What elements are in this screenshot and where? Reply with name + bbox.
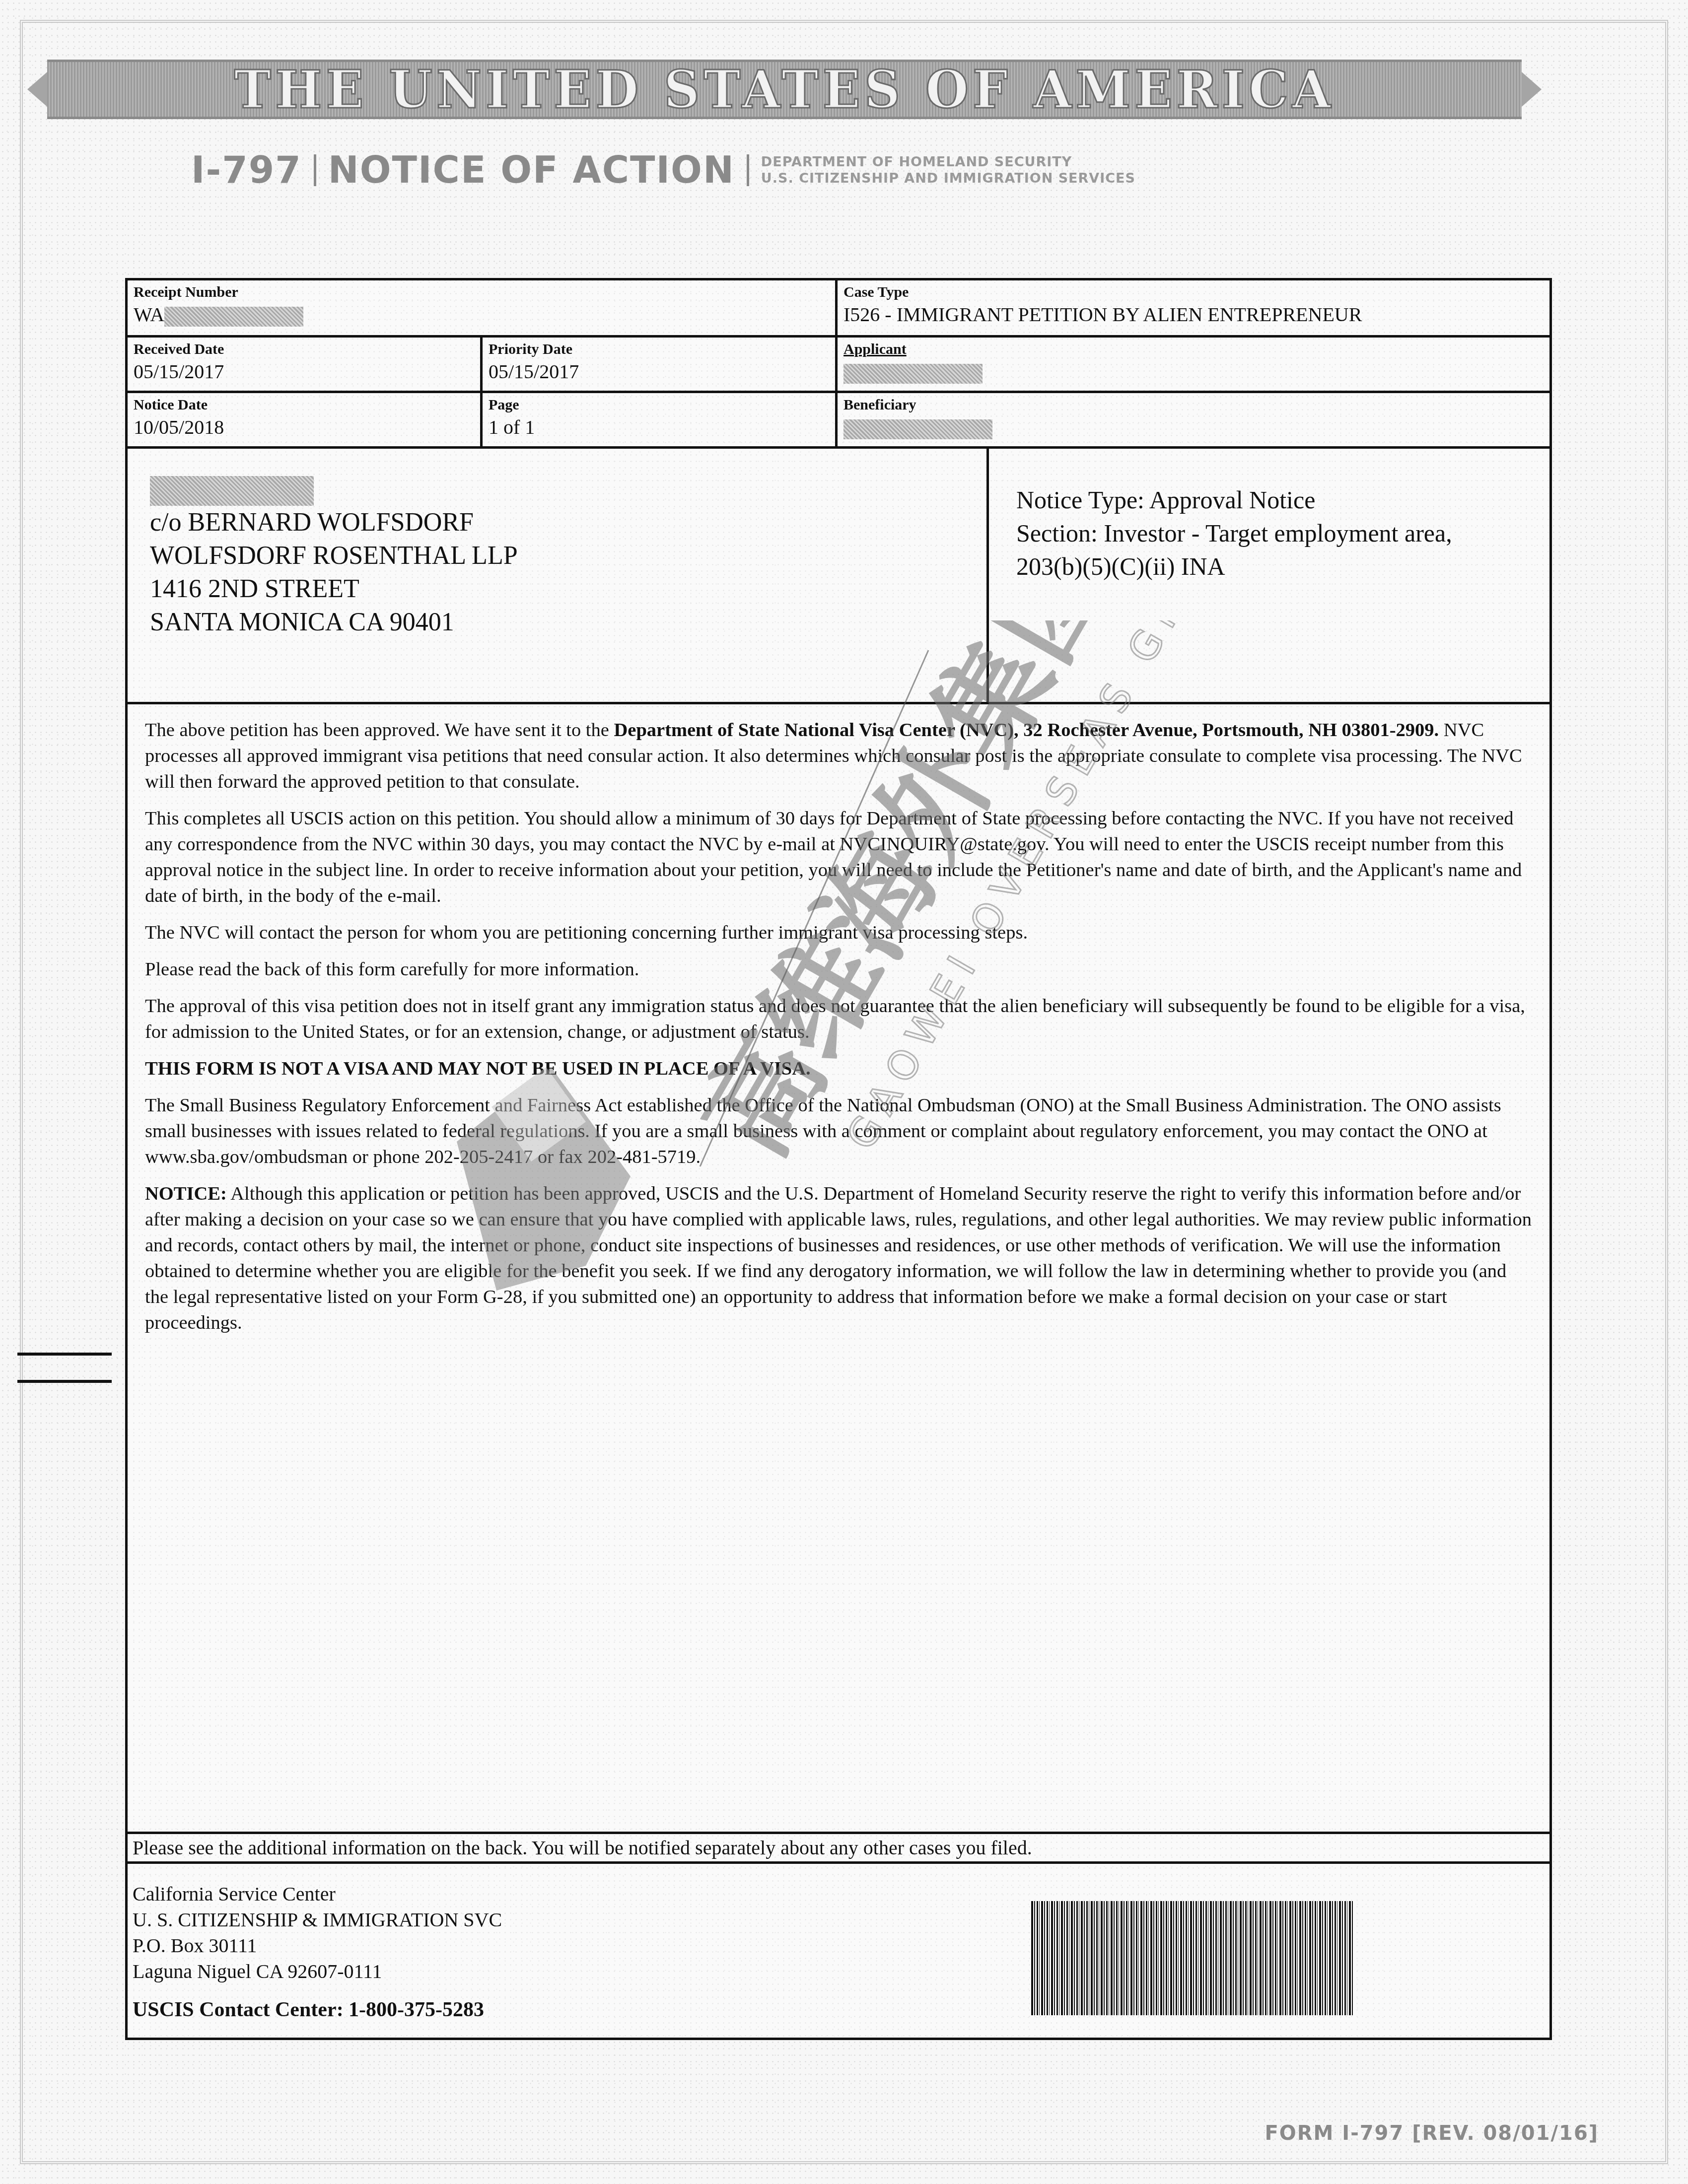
service-center-line: U. S. CITIZENSHIP & IMMIGRATION SVC (133, 1907, 502, 1933)
service-center-line: Laguna Niguel CA 92607-0111 (133, 1959, 502, 1984)
margin-mark (17, 1380, 112, 1383)
paragraph-nvc-contact: The NVC will contact the person for whom… (145, 920, 1532, 946)
notice-section: Section: Investor - Target employment ar… (1016, 517, 1522, 550)
notice-form: Receipt Number WA Case Type I526 - IMMIG… (125, 278, 1552, 2040)
redacted-block (844, 419, 992, 439)
redacted-block (150, 476, 314, 506)
beneficiary-label: Beneficiary (844, 396, 1544, 414)
redacted-block (164, 307, 303, 327)
barcode-icon (1031, 1901, 1354, 2015)
agency-line-2: U.S. CITIZENSHIP AND IMMIGRATION SERVICE… (761, 170, 1135, 187)
notice-section-code: 203(b)(5)(C)(ii) INA (1016, 550, 1522, 583)
applicant-label: Applicant (844, 341, 1544, 358)
contact-center: USCIS Contact Center: 1-800-375-5283 (133, 1998, 484, 2022)
notice-date-cell: Notice Date 10/05/2018 (128, 393, 483, 446)
address-line: 1416 2ND STREET (150, 572, 964, 606)
address-line: SANTA MONICA CA 90401 (150, 606, 964, 639)
paragraph-not-visa: THIS FORM IS NOT A VISA AND MAY NOT BE U… (145, 1056, 1532, 1082)
agency-name: DEPARTMENT OF HOMELAND SECURITY U.S. CIT… (761, 154, 1135, 187)
text: The above petition has been approved. We… (145, 720, 614, 741)
text: Although this application or petition ha… (145, 1183, 1532, 1333)
nvc-address: Department of State National Visa Center… (614, 720, 1439, 741)
form-revision: FORM I-797 [REV. 08/01/16] (1265, 2122, 1599, 2145)
paragraph-approval: The above petition has been approved. We… (145, 717, 1532, 795)
form-title: NOTICE OF ACTION (328, 149, 735, 192)
notice-type-box: Notice Type: Approval Notice Section: In… (986, 449, 1549, 702)
banner-title: THE UNITED STATES OF AMERICA (234, 59, 1335, 120)
address-line: c/o BERNARD WOLFSDORF (150, 506, 964, 539)
paragraph-read-back: Please read the back of this form carefu… (145, 956, 1532, 982)
service-center-address: California Service Center U. S. CITIZENS… (133, 1881, 502, 1984)
received-date-cell: Received Date 05/15/2017 (128, 338, 483, 391)
header-divider (314, 154, 316, 186)
not-visa-warning: THIS FORM IS NOT A VISA AND MAY NOT BE U… (145, 1058, 811, 1079)
page-cell: Page 1 of 1 (483, 393, 838, 446)
receipt-number-value: WA (134, 303, 829, 327)
notice-date-value: 10/05/2018 (134, 416, 474, 439)
form-number: I-797 (191, 149, 302, 192)
receipt-prefix: WA (134, 303, 164, 326)
header-divider (747, 154, 749, 186)
form-header: I-797 NOTICE OF ACTION DEPARTMENT OF HOM… (191, 149, 1135, 192)
row-receipt-case: Receipt Number WA Case Type I526 - IMMIG… (128, 280, 1549, 338)
redacted-block (844, 364, 983, 384)
row-notice-page: Notice Date 10/05/2018 Page 1 of 1 Benef… (128, 393, 1549, 449)
page-value: 1 of 1 (489, 416, 829, 439)
priority-date-label: Priority Date (489, 341, 829, 358)
page-label: Page (489, 396, 829, 414)
priority-date-value: 05/15/2017 (489, 360, 829, 383)
paragraph-ombudsman: The Small Business Regulatory Enforcemen… (145, 1092, 1532, 1170)
case-type-value: I526 - IMMIGRANT PETITION BY ALIEN ENTRE… (844, 303, 1544, 326)
notice-body: The above petition has been approved. We… (128, 717, 1549, 1347)
case-type-label: Case Type (844, 283, 1544, 301)
mailing-address: c/o BERNARD WOLFSDORF WOLFSDORF ROSENTHA… (128, 449, 986, 702)
banner: THE UNITED STATES OF AMERICA (47, 60, 1522, 119)
notice-label: NOTICE: (145, 1183, 227, 1204)
notice-date-label: Notice Date (134, 396, 474, 414)
applicant-cell: Applicant (838, 338, 1549, 391)
priority-date-cell: Priority Date 05/15/2017 (483, 338, 838, 391)
row-dates: Received Date 05/15/2017 Priority Date 0… (128, 338, 1549, 393)
paragraph-status-disclaimer: The approval of this visa petition does … (145, 993, 1532, 1045)
service-center-line: P.O. Box 30111 (133, 1933, 502, 1959)
additional-info-note: Please see the additional information on… (128, 1832, 1549, 1864)
agency-line-1: DEPARTMENT OF HOMELAND SECURITY (761, 154, 1135, 170)
paragraph-notice: NOTICE: Although this application or pet… (145, 1181, 1532, 1336)
margin-mark (17, 1353, 112, 1356)
paragraph-uscis-action: This completes all USCIS action on this … (145, 806, 1532, 909)
beneficiary-cell: Beneficiary (838, 393, 1549, 446)
address-line: WOLFSDORF ROSENTHAL LLP (150, 539, 964, 572)
row-address: c/o BERNARD WOLFSDORF WOLFSDORF ROSENTHA… (128, 449, 1549, 704)
received-date-value: 05/15/2017 (134, 360, 474, 383)
receipt-number-cell: Receipt Number WA (128, 280, 838, 335)
received-date-label: Received Date (134, 341, 474, 358)
receipt-number-label: Receipt Number (134, 283, 829, 301)
case-type-cell: Case Type I526 - IMMIGRANT PETITION BY A… (838, 280, 1549, 335)
notice-type: Notice Type: Approval Notice (1016, 483, 1522, 517)
service-center-line: California Service Center (133, 1881, 502, 1907)
